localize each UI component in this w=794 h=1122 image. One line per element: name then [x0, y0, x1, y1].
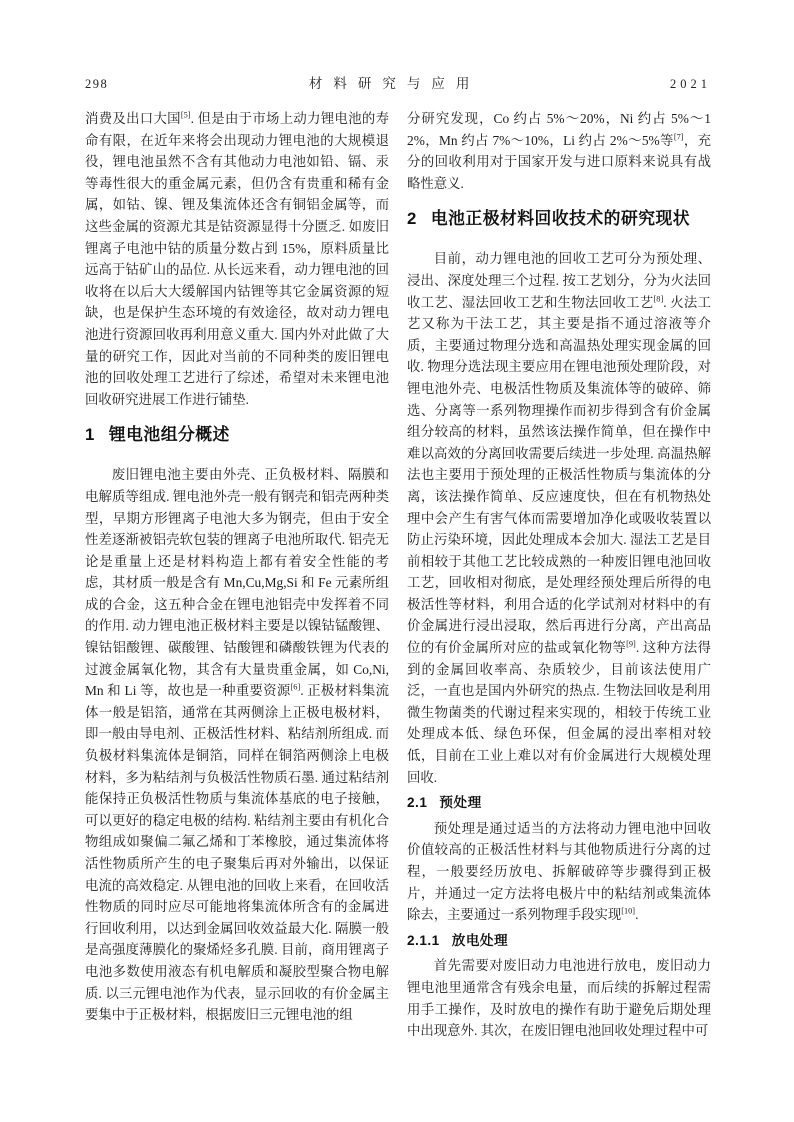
running-head: 298 材料研究与应用 2021 [85, 72, 711, 92]
subsection-2-1-heading: 2.1预处理 [407, 792, 711, 814]
section-1-heading: 1锂电池组分概述 [85, 423, 389, 447]
section-2-number: 2 [407, 209, 417, 228]
subsection-2-1-1-number: 2.1.1 [407, 933, 440, 948]
two-column-body: 消费及出口大国[5]. 但是由于市场上动力锂电池的寿命有限，在近年来将会出现动力… [85, 108, 711, 1042]
section-1-title: 锂电池组分概述 [109, 425, 230, 444]
subsection-2-1-number: 2.1 [407, 795, 427, 810]
year-label: 2021 [670, 77, 711, 92]
subsection-2-1-paragraph: 预处理是通过适当的方法将动力锂电池中回收价值较高的正极活性材料与其他物质进行分离… [407, 818, 711, 926]
journal-title: 材料研究与应用 [309, 72, 481, 92]
continuation-paragraph: 分研究发现，Co 约占 5%～20%，Ni 约占 5%～12%，Mn 约占 7%… [407, 108, 711, 194]
section-1-number: 1 [85, 425, 95, 444]
section-2-heading: 2电池正极材料回收技术的研究现状 [407, 207, 711, 231]
section-2-paragraph: 目前，动力锂电池的回收工艺可分为预处理、浸出、深度处理三个过程. 按工艺划分，分… [407, 248, 711, 788]
page-number: 298 [85, 77, 108, 92]
subsection-2-1-title: 预处理 [439, 795, 481, 810]
paper-page: 298 材料研究与应用 2021 消费及出口大国[5]. 但是由于市场上动力锂电… [0, 0, 794, 1122]
subsection-2-1-1-title: 放电处理 [452, 933, 508, 948]
left-column: 消费及出口大国[5]. 但是由于市场上动力锂电池的寿命有限，在近年来将会出现动力… [85, 108, 389, 1042]
section-1-paragraph: 废旧锂电池主要由外壳、正负极材料、隔膜和电解质等组成. 锂电池外壳一般有钢壳和铝… [85, 464, 389, 1025]
continuation-paragraph: 消费及出口大国[5]. 但是由于市场上动力锂电池的寿命有限，在近年来将会出现动力… [85, 108, 389, 410]
right-column: 分研究发现，Co 约占 5%～20%，Ni 约占 5%～12%，Mn 约占 7%… [407, 108, 711, 1042]
subsection-2-1-1-paragraph: 首先需要对废旧动力电池进行放电，废旧动力锂电池里通常含有残余电量，而后续的拆解过… [407, 955, 711, 1041]
section-2-title: 电池正极材料回收技术的研究现状 [431, 209, 690, 228]
subsection-2-1-1-heading: 2.1.1放电处理 [407, 930, 711, 952]
